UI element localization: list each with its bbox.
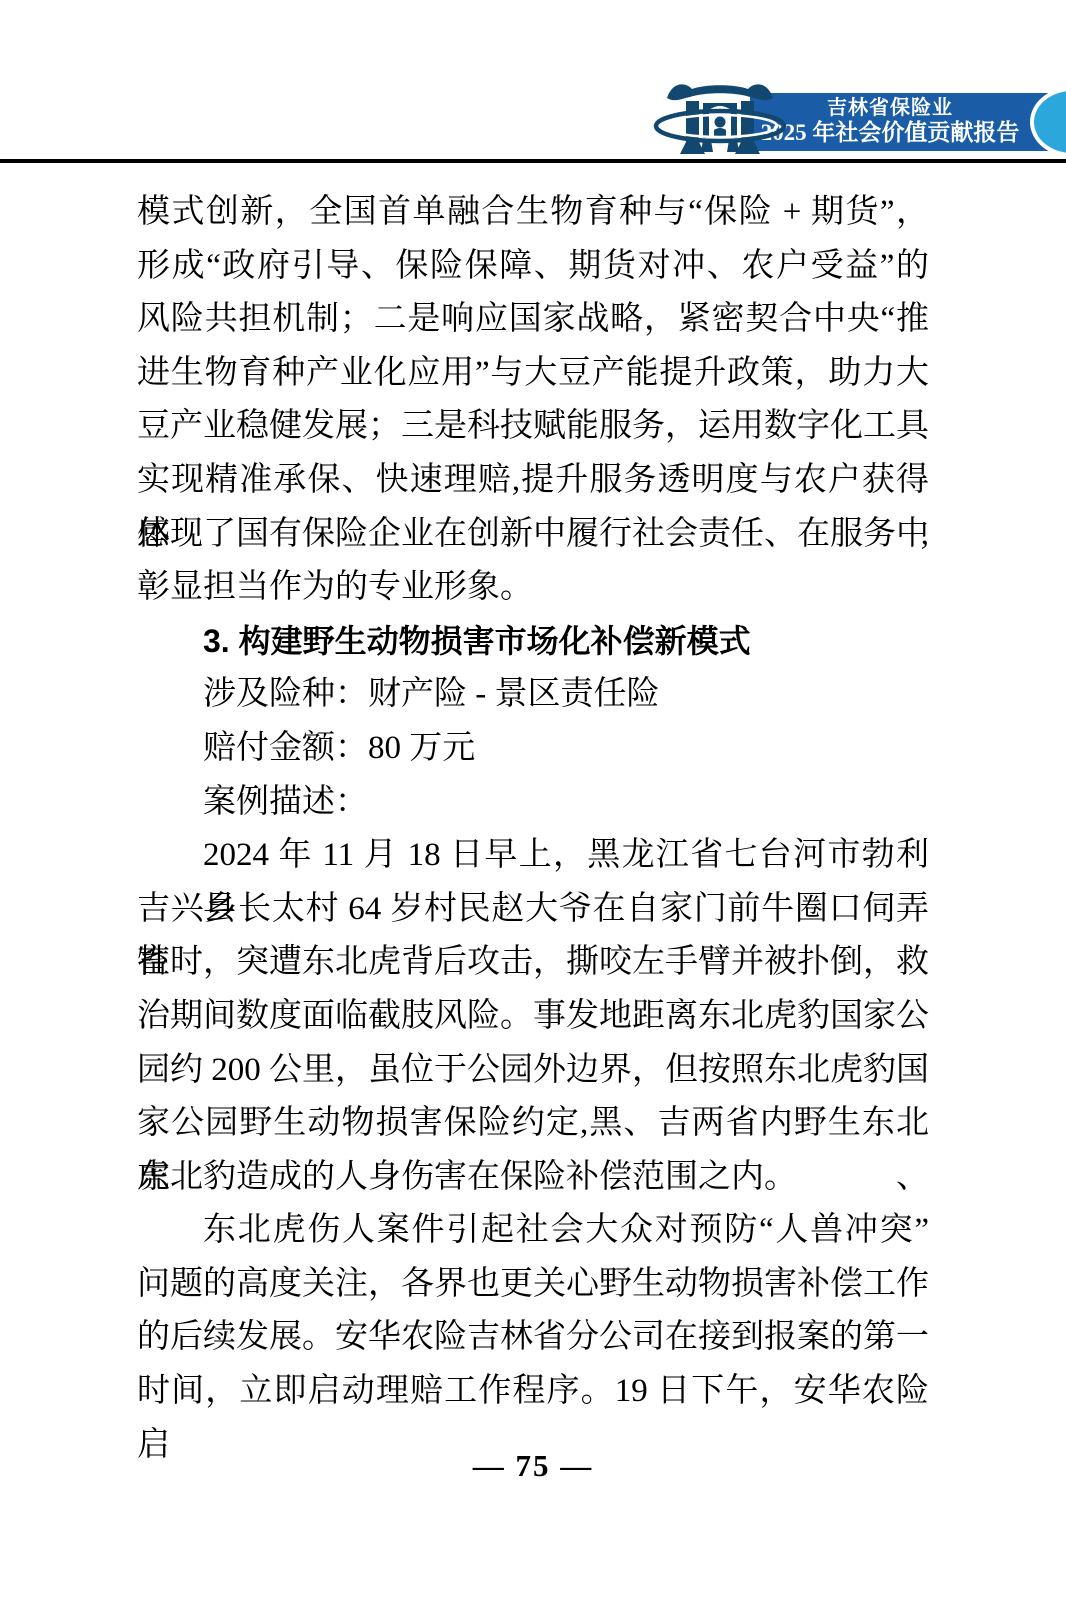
body-lines: 模式创新，全国首单融合生物育种与“保险 + 期货”，形成“政府引导、保险保障、期… [137,186,929,1419]
text-line: 体现了国有保险企业在创新中履行社会责任、在服务中 [137,508,929,562]
text-line: 园约 200 公里，虽位于公园外边界，但按照东北虎豹国 [137,1044,929,1098]
document-page: 吉林省保险业 2025 年社会价值贡献报告 [0,0,1066,1600]
report-title: 2025 年社会价值贡献报告 [761,120,1020,146]
header-banner: 吉林省保险业 2025 年社会价值贡献报告 [750,93,1066,151]
text-line: 进生物育种产业化应用”与大豆产能提升政策，助力大 [137,347,929,401]
header-banner-text: 吉林省保险业 2025 年社会价值贡献报告 [750,93,1030,151]
text-line: 案例描述： [137,776,929,830]
text-line: 时间，立即启动理赔工作程序。19 日下午，安华农险启 [137,1365,929,1419]
text-line: 彰显担当作为的专业形象。 [137,561,929,615]
jilin-insurance-gate-logo-icon [653,76,787,166]
text-line: 的后续发展。安华农险吉林省分公司在接到报案的第一 [137,1311,929,1365]
text-line: 2024 年 11 月 18 日早上，黑龙江省七台河市勃利县 [137,829,929,883]
text-line: 治期间数度面临截肢风险。事发地距离东北虎豹国家公 [137,990,929,1044]
text-line: 模式创新，全国首单融合生物育种与“保险 + 期货”， [137,186,929,240]
text-line: 家公园野生动物损害保险约定,黑、吉两省内野生东北虎、 [137,1097,929,1151]
text-line: 实现精准承保、快速理赔,提升服务透明度与农户获得感, [137,454,929,508]
text-line: 形成“政府引导、保险保障、期货对冲、农户受益”的 [137,240,929,294]
page-number: — 75 — [0,1448,1066,1484]
text-line: 赔付金额：80 万元 [137,722,929,776]
text-line: 豆产业稳健发展；三是科技赋能服务，运用数字化工具 [137,400,929,454]
text-line: 吉兴乡长太村 64 岁村民赵大爷在自家门前牛圈口伺弄牲 [137,883,929,937]
page-header: 吉林省保险业 2025 年社会价值贡献报告 [0,0,1066,165]
text-line: 风险共担机制；二是响应国家战略，紧密契合中央“推 [137,293,929,347]
text-line: 问题的高度关注，各界也更关心野生动物损害补偿工作 [137,1258,929,1312]
text-line: 畜时，突遭东北虎背后攻击，撕咬左手臂并被扑倒，救 [137,936,929,990]
report-org-title: 吉林省保险业 [827,97,953,120]
text-line: 东北虎伤人案件引起社会大众对预防“人兽冲突” [137,1204,929,1258]
text-line: 涉及险种：财产险 - 景区责任险 [137,668,929,722]
section-heading: 3. 构建野生动物损害市场化补偿新模式 [137,615,929,669]
header-divider-rule [0,159,1066,163]
